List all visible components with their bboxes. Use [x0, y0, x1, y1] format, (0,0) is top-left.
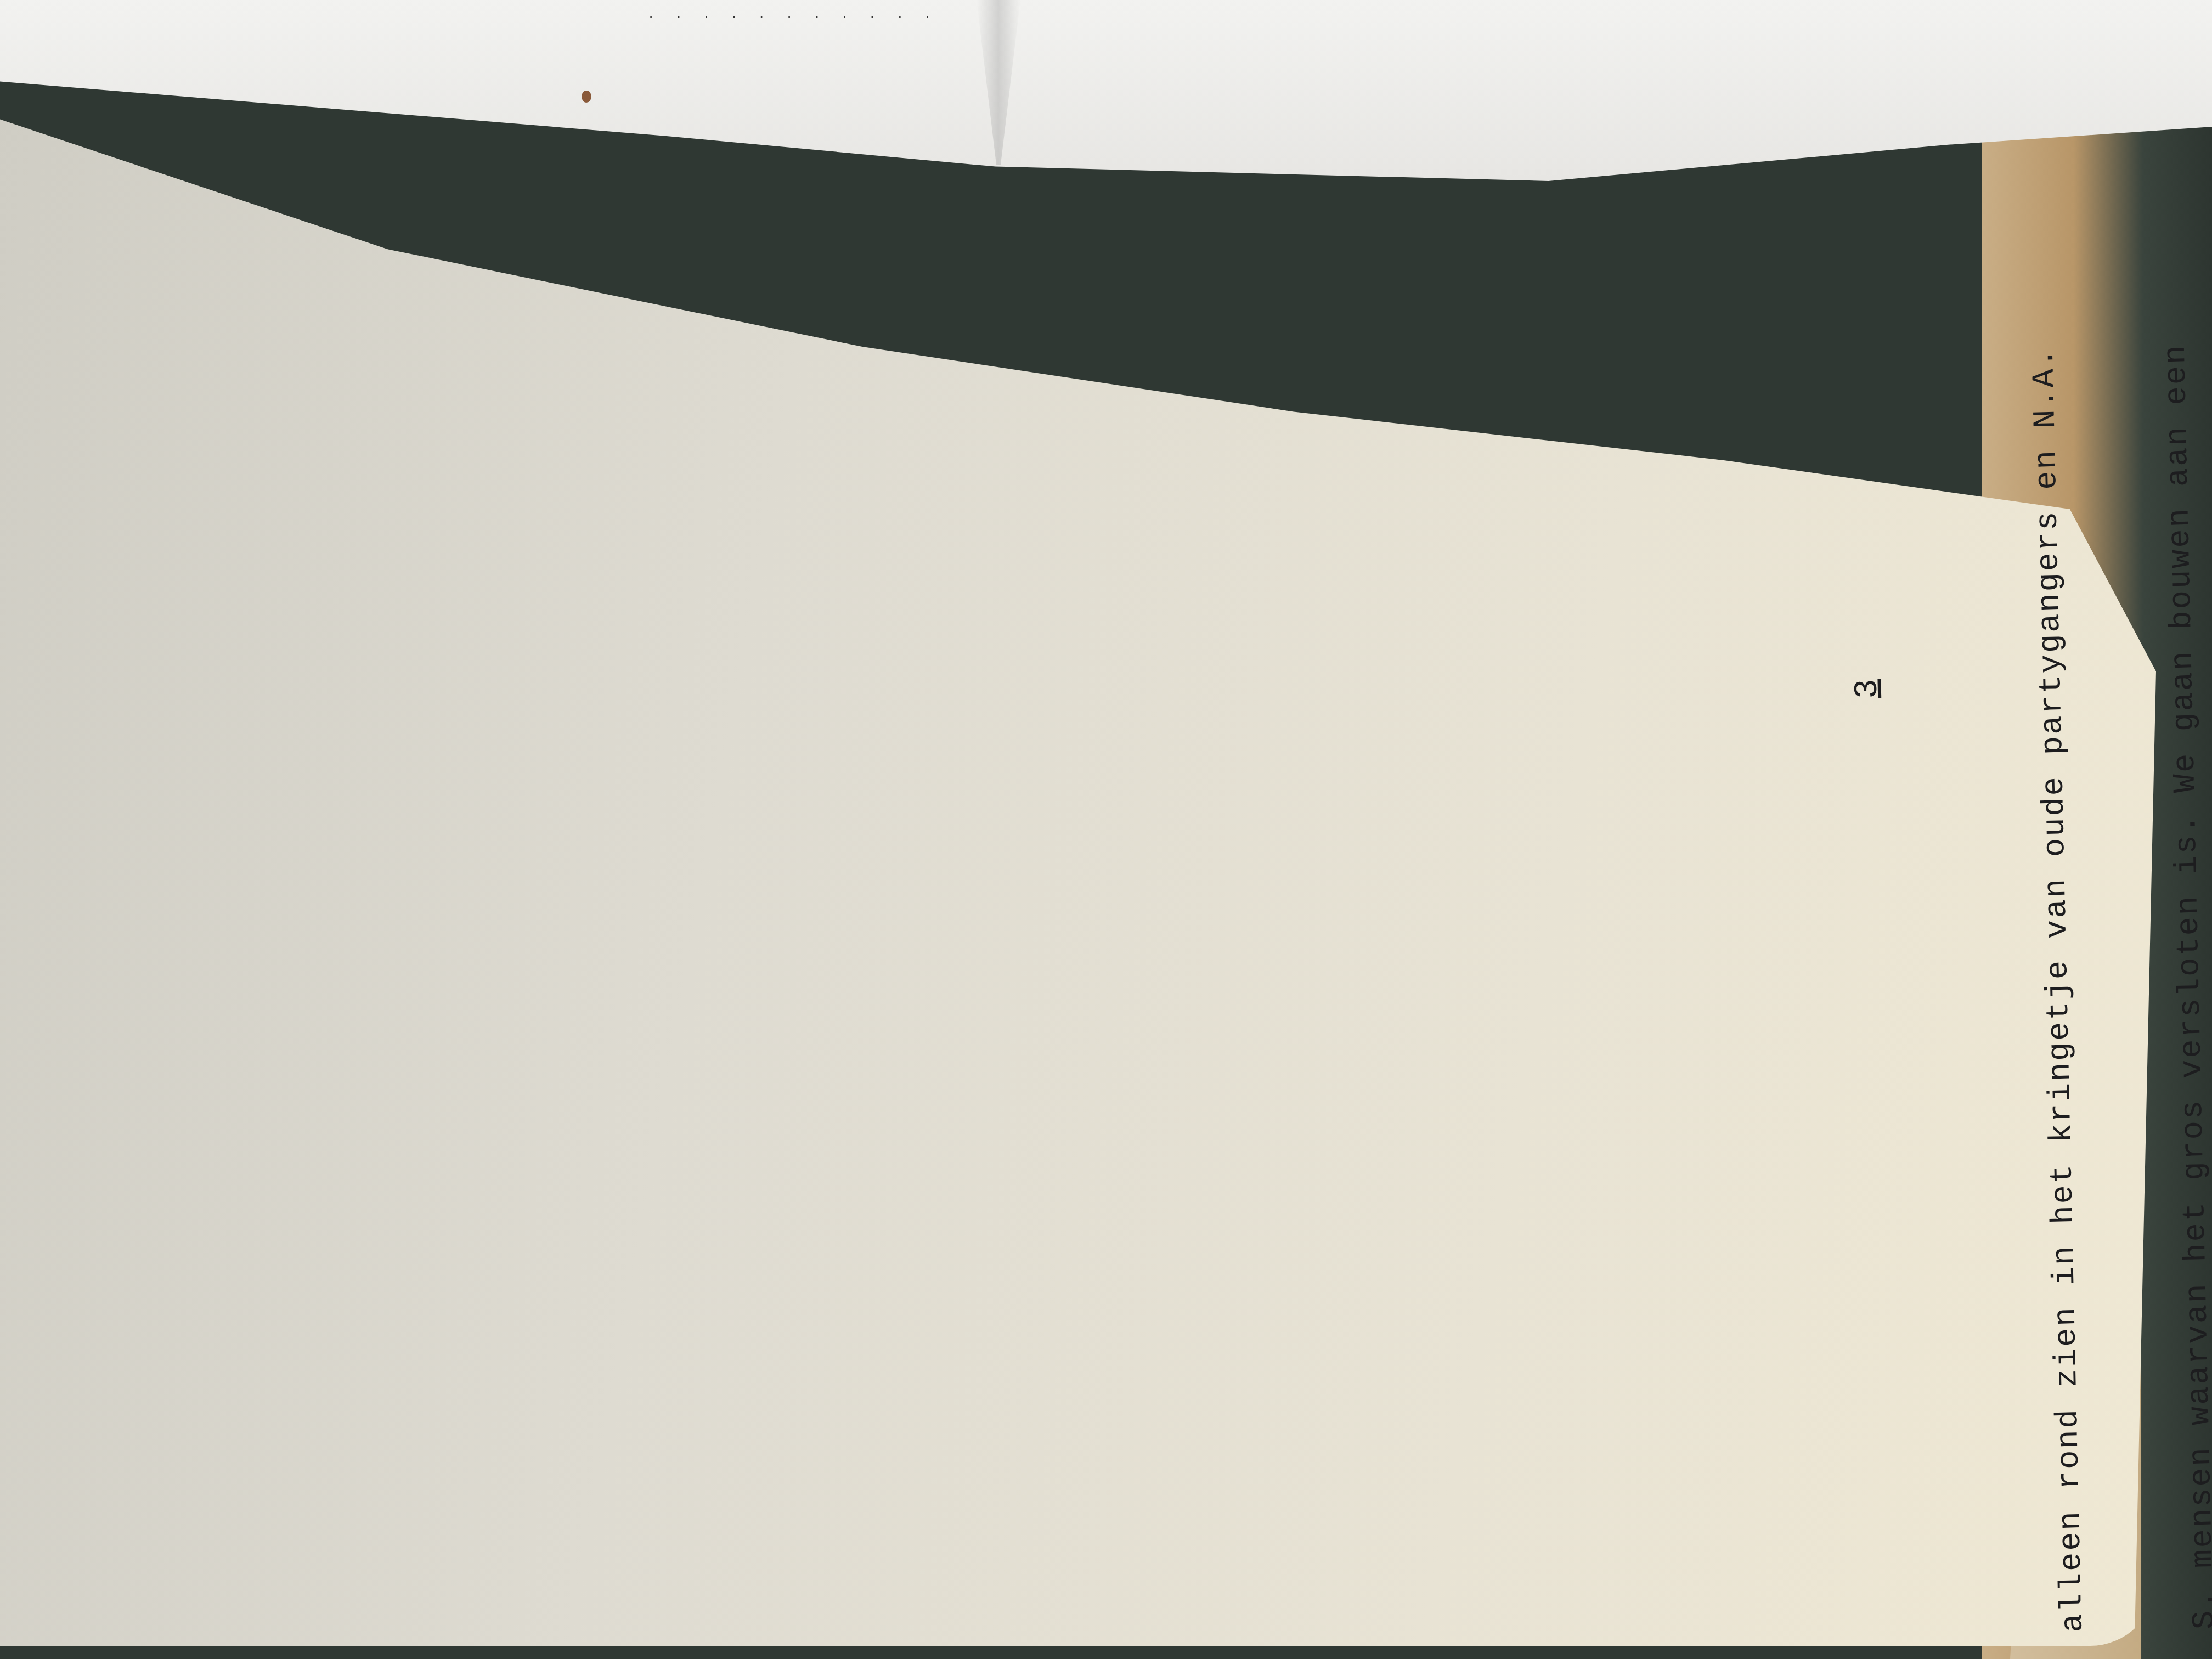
paper-crease: [977, 0, 1020, 165]
staple-pin-icon: [582, 91, 591, 103]
page-number: 3: [1849, 679, 1887, 699]
rotated-document-text: 3 alleen rond zien in het kringetje van …: [1932, 196, 2212, 1635]
previous-sheet-overlap: . . . . . . . . . . .: [0, 0, 2212, 181]
previous-sheet-bleed-marks: . . . . . . . . . . .: [647, 8, 1745, 41]
text-line: alleen rond zien in het kringetje van ou…: [2020, 233, 2096, 1633]
text-line: S. mensen waarvan het gros versloten is.…: [2152, 230, 2212, 1630]
document-body: alleen rond zien in het kringetje van ou…: [1932, 74, 2212, 1635]
typed-page: [0, 22, 2156, 1646]
